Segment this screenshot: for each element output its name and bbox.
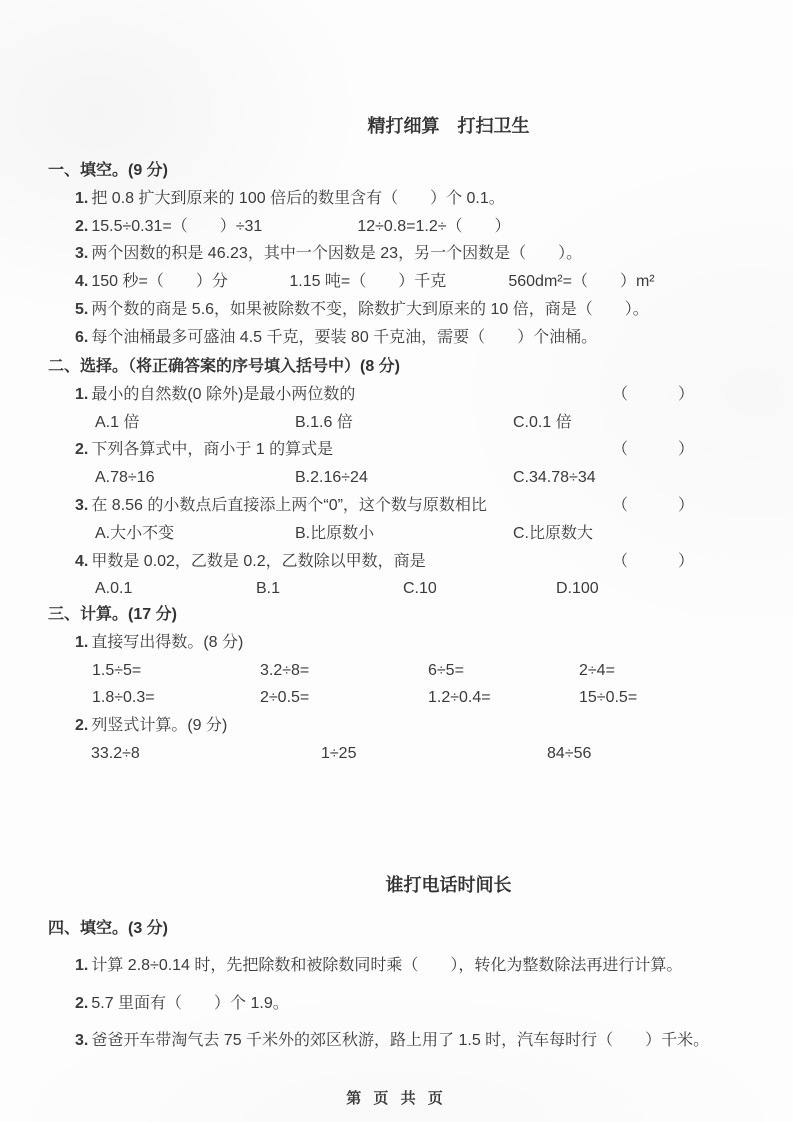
- expression: 3.2÷8=: [260, 657, 428, 685]
- worksheet-page: 精打细算 打扫卫生 一、填空。(9 分) 1.把 0.8 扩大到原来的 100 …: [0, 0, 793, 1122]
- question-text: 甲数是 0.02，乙数是 0.2，乙数除以甲数，商是: [91, 548, 425, 576]
- fill1-item-6: 6.每个油桶最多可盛油 4.5 千克，要装 80 千克油，需要（ ）个油桶。: [48, 324, 700, 352]
- expression: 84÷56: [547, 740, 591, 768]
- item-text: 爸爸开车带淘气去 75 千米外的郊区秋游，路上用了 1.5 时，汽车每时行（ ）…: [91, 1032, 709, 1049]
- option-c: C.0.1 倍: [513, 409, 572, 437]
- section-fill-in-1: 一、填空。(9 分) 1.把 0.8 扩大到原来的 100 倍后的数里含有（ ）…: [48, 157, 700, 352]
- expression: 15÷0.5=: [579, 684, 637, 712]
- item-text: 15.5÷0.31=（ ）÷31: [91, 213, 357, 241]
- choice-options-2: A.78÷16B.2.16÷24C.34.78÷34: [48, 464, 700, 492]
- mental-math-row-1: 1.5÷5=3.2÷8=6÷5=2÷4=: [48, 657, 700, 685]
- item-text: 两个因数的积是 46.23，其中一个因数是 23，另一个因数是（ ）。: [91, 245, 582, 262]
- fill2-item-1: 1.计算 2.8÷0.14 时，先把除数和被除数同时乘（ ），转化为整数除法再进…: [48, 947, 700, 984]
- item-number: 1.: [75, 190, 91, 207]
- vertical-calc-row: 33.2÷81÷2584÷56: [48, 740, 700, 768]
- choice-options-1: A.1 倍B.1.6 倍C.0.1 倍: [48, 409, 700, 437]
- item-text: 560dm²=（ ）m²: [508, 268, 654, 296]
- item-number: 6.: [75, 329, 91, 346]
- page-footer: 第 页 共 页: [0, 1087, 793, 1108]
- answer-bracket: （ ）: [612, 548, 700, 576]
- item-number: 2.: [75, 213, 91, 241]
- fill1-item-2: 2.15.5÷0.31=（ ）÷3112÷0.8=1.2÷（ ）: [48, 213, 700, 241]
- choice-question-3: 3.在 8.56 的小数点后直接添上两个“0”，这个数与原数相比（ ）: [48, 492, 700, 520]
- choice-options-4: A.0.1B.1C.10D.100: [48, 575, 700, 603]
- expression: 1.2÷0.4=: [428, 684, 579, 712]
- section1-header: 一、填空。(9 分): [48, 157, 700, 185]
- option-a: A.1 倍: [95, 409, 295, 437]
- choice-question-4: 4.甲数是 0.02，乙数是 0.2，乙数除以甲数，商是（ ）: [48, 548, 700, 576]
- item-text: 150 秒=（ ）分: [91, 268, 289, 296]
- mental-math-row-2: 1.8÷0.3=2÷0.5=1.2÷0.4=15÷0.5=: [48, 684, 700, 712]
- question-number: 1.: [75, 381, 91, 409]
- item-number: 2.: [75, 995, 91, 1012]
- answer-bracket: （ ）: [612, 381, 700, 409]
- option-a: A.78÷16: [95, 464, 295, 492]
- answer-bracket: （ ）: [612, 492, 700, 520]
- option-d: D.100: [556, 575, 599, 603]
- item-text: 直接写出得数。(8 分): [91, 634, 243, 651]
- option-b: B.比原数小: [295, 520, 513, 548]
- section2-header: 二、选择。（将正确答案的序号填入括号中）(8 分): [48, 353, 700, 381]
- option-c: C.34.78÷34: [513, 464, 596, 492]
- expression: 33.2÷8: [91, 740, 321, 768]
- fill1-item-5: 5.两个数的商是 5.6，如果被除数不变，除数扩大到原来的 10 倍，商是（ ）…: [48, 296, 700, 324]
- item-number: 3.: [75, 1032, 91, 1049]
- item-number: 1.: [75, 634, 91, 651]
- item-text: 每个油桶最多可盛油 4.5 千克，要装 80 千克油，需要（ ）个油桶。: [91, 329, 597, 346]
- section-calculation: 三、计算。(17 分) 1.直接写出得数。(8 分) 1.5÷5=3.2÷8=6…: [48, 601, 700, 768]
- question-number: 2.: [75, 436, 91, 464]
- question-text: 下列各算式中，商小于 1 的算式是: [91, 436, 333, 464]
- choice-options-3: A.大小不变B.比原数小C.比原数大: [48, 520, 700, 548]
- option-c: C.比原数大: [513, 520, 593, 548]
- question-text: 在 8.56 的小数点后直接添上两个“0”，这个数与原数相比: [91, 492, 487, 520]
- fill1-item-1: 1.把 0.8 扩大到原来的 100 倍后的数里含有（ ）个 0.1。: [48, 185, 700, 213]
- fill1-item-3: 3.两个因数的积是 46.23，其中一个因数是 23，另一个因数是（ ）。: [48, 240, 700, 268]
- fill2-item-3: 3.爸爸开车带淘气去 75 千米外的郊区秋游，路上用了 1.5 时，汽车每时行（…: [48, 1022, 700, 1059]
- item-number: 4.: [75, 268, 91, 296]
- answer-bracket: （ ）: [612, 436, 700, 464]
- item-text: 两个数的商是 5.6，如果被除数不变，除数扩大到原来的 10 倍，商是（ ）。: [91, 301, 648, 318]
- option-a: A.大小不变: [95, 520, 295, 548]
- choice-question-2: 2.下列各算式中，商小于 1 的算式是（ ）: [48, 436, 700, 464]
- expression: 6÷5=: [428, 657, 579, 685]
- section3-header: 三、计算。(17 分): [48, 601, 700, 629]
- section-multiple-choice: 二、选择。（将正确答案的序号填入括号中）(8 分) 1.最小的自然数(0 除外)…: [48, 353, 700, 603]
- option-b: B.2.16÷24: [295, 464, 513, 492]
- calc-sub1-title: 1.直接写出得数。(8 分): [48, 629, 700, 657]
- item-number: 3.: [75, 245, 91, 262]
- option-c: C.10: [403, 575, 556, 603]
- worksheet-title-1: 精打细算 打扫卫生: [104, 112, 793, 138]
- expression: 1.5÷5=: [92, 657, 260, 685]
- item-text: 5.7 里面有（ ）个 1.9。: [91, 995, 288, 1012]
- worksheet-title-2: 谁打电话时间长: [104, 871, 793, 897]
- item-text: 列竖式计算。(9 分): [91, 717, 227, 734]
- calc-sub2-title: 2.列竖式计算。(9 分): [48, 712, 700, 740]
- item-text: 12÷0.8=1.2÷（ ）: [357, 213, 510, 241]
- item-number: 5.: [75, 301, 91, 318]
- fill1-item-4: 4.150 秒=（ ）分1.15 吨=（ ）千克560dm²=（ ）m²: [48, 268, 700, 296]
- section-fill-in-2: 四、填空。(3 分) 1.计算 2.8÷0.14 时，先把除数和被除数同时乘（ …: [48, 910, 700, 1059]
- question-number: 4.: [75, 548, 91, 576]
- item-number: 2.: [75, 717, 91, 734]
- item-text: 1.15 吨=（ ）千克: [289, 268, 508, 296]
- choice-question-1: 1.最小的自然数(0 除外)是最小两位数的（ ）: [48, 381, 700, 409]
- option-b: B.1.6 倍: [295, 409, 513, 437]
- option-a: A.0.1: [95, 575, 256, 603]
- question-text: 最小的自然数(0 除外)是最小两位数的: [91, 381, 355, 409]
- section4-header: 四、填空。(3 分): [48, 910, 700, 947]
- expression: 2÷0.5=: [260, 684, 428, 712]
- item-number: 1.: [75, 957, 91, 974]
- item-text: 计算 2.8÷0.14 时，先把除数和被除数同时乘（ ），转化为整数除法再进行计…: [91, 957, 682, 974]
- fill2-item-2: 2.5.7 里面有（ ）个 1.9。: [48, 985, 700, 1022]
- expression: 1.8÷0.3=: [92, 684, 260, 712]
- item-text: 把 0.8 扩大到原来的 100 倍后的数里含有（ ）个 0.1。: [91, 190, 504, 207]
- expression: 2÷4=: [579, 657, 615, 685]
- expression: 1÷25: [321, 740, 547, 768]
- question-number: 3.: [75, 492, 91, 520]
- option-b: B.1: [256, 575, 403, 603]
